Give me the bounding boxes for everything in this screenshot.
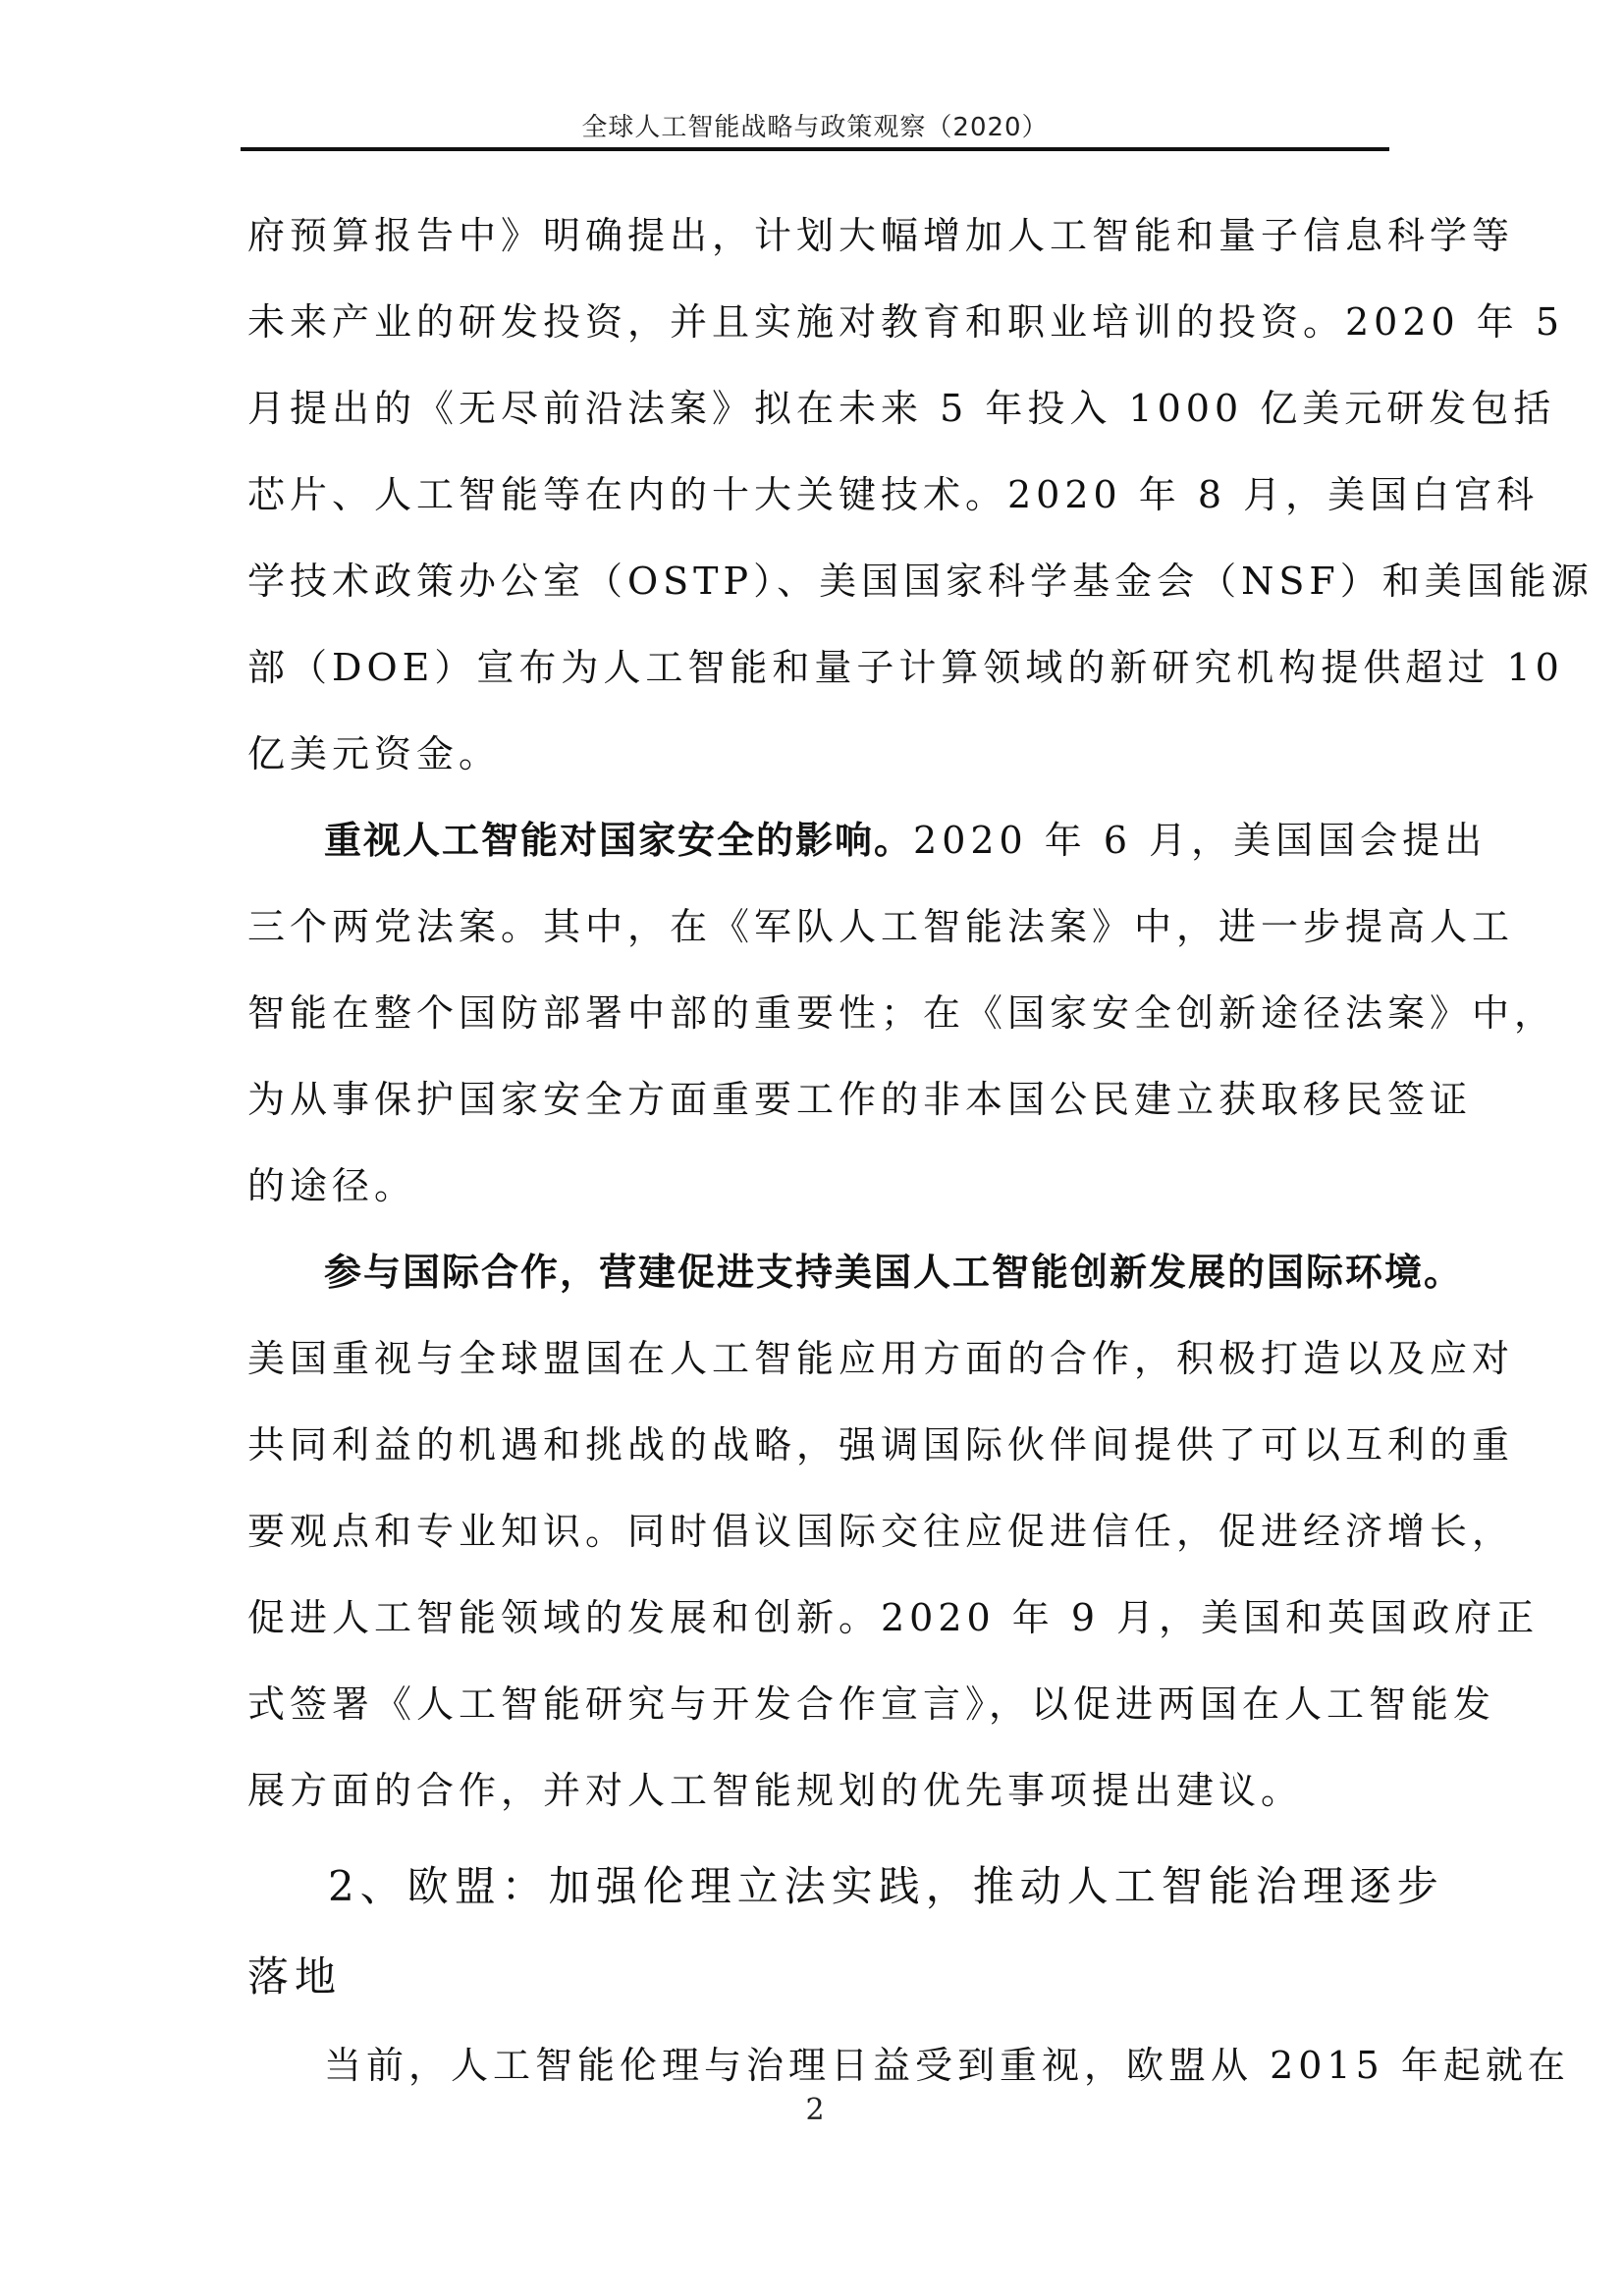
document-body: 府预算报告中》明确提出，计划大幅增加人工智能和量子信息科学等 未来产业的研发投资… [247, 208, 1386, 2124]
text-line: 为从事保护国家安全方面重要工作的非本国公民建立获取移民签证 [247, 1072, 1386, 1158]
text-line: 促进人工智能领域的发展和创新。2020 年 9 月，美国和英国政府正 [247, 1590, 1386, 1677]
paragraph-international-cooperation: 参与国际合作，营建促进支持美国人工智能创新发展的国际环境。 美国重视与全球盟国在… [247, 1245, 1386, 1849]
text-line: 亿美元资金。 [247, 726, 1386, 813]
heading-line: 2、欧盟：加强伦理立法实践，推动人工智能治理逐步 [247, 1849, 1386, 1948]
section-heading-eu: 2、欧盟：加强伦理立法实践，推动人工智能治理逐步 落地 [247, 1849, 1386, 2038]
heading-line: 落地 [247, 1948, 1386, 2038]
paragraph-national-security: 重视人工智能对国家安全的影响。2020 年 6 月，美国国会提出 三个两党法案。… [247, 813, 1386, 1245]
text-line: 展方面的合作，并对人工智能规划的优先事项提出建议。 [247, 1763, 1386, 1849]
page-number: 2 [241, 2091, 1389, 2130]
paragraph-us-funding: 府预算报告中》明确提出，计划大幅增加人工智能和量子信息科学等 未来产业的研发投资… [247, 208, 1386, 813]
text-line: 部（DOE）宣布为人工智能和量子计算领域的新研究机构提供超过 10 [247, 640, 1386, 726]
text-line: 要观点和专业知识。同时倡议国际交往应促进信任，促进经济增长， [247, 1504, 1386, 1590]
text-line: 三个两党法案。其中，在《军队人工智能法案》中，进一步提高人工 [247, 899, 1386, 986]
text-line: 学技术政策办公室（OSTP）、美国国家科学基金会（NSF）和美国能源 [247, 554, 1386, 640]
text-line: 美国重视与全球盟国在人工智能应用方面的合作，积极打造以及应对 [247, 1331, 1386, 1417]
bold-lead-text: 参与国际合作，营建促进支持美国人工智能创新发展的国际环境。 [324, 1251, 1463, 1294]
text-line: 式签署《人工智能研究与开发合作宣言》，以促进两国在人工智能发 [247, 1677, 1386, 1763]
text-line: 芯片、人工智能等在内的十大关键技术。2020 年 8 月，美国白宫科 [247, 467, 1386, 554]
text-line: 月提出的《无尽前沿法案》拟在未来 5 年投入 1000 亿美元研发包括 [247, 381, 1386, 467]
header-divider [241, 147, 1389, 151]
running-header: 全球人工智能战略与政策观察（2020） [241, 108, 1389, 147]
text-line: 参与国际合作，营建促进支持美国人工智能创新发展的国际环境。 [247, 1245, 1386, 1331]
text-line: 重视人工智能对国家安全的影响。2020 年 6 月，美国国会提出 [247, 813, 1386, 899]
text-line: 府预算报告中》明确提出，计划大幅增加人工智能和量子信息科学等 [247, 208, 1386, 294]
text-line: 共同利益的机遇和挑战的战略，强调国际伙伴间提供了可以互利的重 [247, 1417, 1386, 1504]
text-line: 智能在整个国防部署中部的重要性；在《国家安全创新途径法案》中， [247, 986, 1386, 1072]
text-line: 的途径。 [247, 1158, 1386, 1245]
text-line: 未来产业的研发投资，并且实施对教育和职业培训的投资。2020 年 5 [247, 294, 1386, 381]
bold-lead-text: 重视人工智能对国家安全的影响。 [324, 819, 913, 862]
text-span: 2020 年 6 月，美国国会提出 [913, 819, 1487, 862]
